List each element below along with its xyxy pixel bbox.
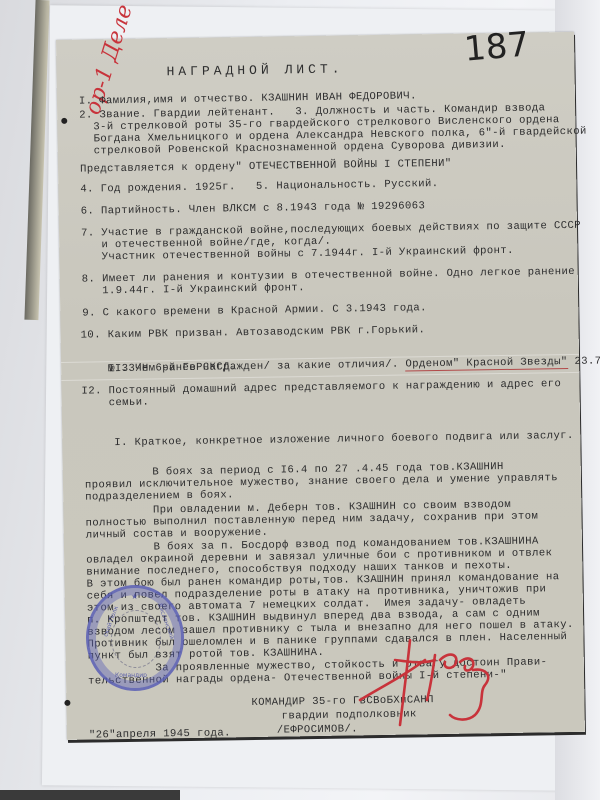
document-date: "26"апреля 1945 года. xyxy=(89,727,231,741)
field-birth-nationality: 4. Год рождения. 1925г. 5. Национальност… xyxy=(80,178,438,196)
field-address-line: семьи. xyxy=(82,397,150,410)
handwritten-signature xyxy=(355,630,505,730)
nominated-award: Представляется к ордену" ОТЕЧЕСТВЕННОЙ В… xyxy=(80,158,452,176)
punch-mark xyxy=(61,118,67,124)
official-stamp: ский Полк Висленский Командир ★ xyxy=(86,585,184,691)
narrative-line: подразделением в боях. xyxy=(85,489,234,503)
prior-award-name: Орденом" Красной Звезды" xyxy=(405,356,567,372)
field-wounds: 8. Имеет ли ранения и контузии в отечест… xyxy=(82,266,575,286)
document-title: НАГРАДНОЙ ЛИСТ. xyxy=(166,63,343,78)
archive-number: 187 xyxy=(463,24,531,69)
table-shadow xyxy=(0,790,180,800)
section-heading: I. Краткое, конкретное изложение личного… xyxy=(114,430,574,449)
punch-mark xyxy=(64,700,70,706)
star-icon: ★ xyxy=(131,592,138,601)
field-army-since: 9. С какого времени в Красной Армии. С 3… xyxy=(82,302,427,319)
commander-name: /ЕФРОСИМОВ/. xyxy=(277,723,358,736)
stamp-text-bottom: Командир xyxy=(115,672,147,679)
field-draft-office: 10. Каким РВК призван. Автозаводским РВК… xyxy=(81,324,426,341)
field-prior-awards-line: № 33/Н 6-й ГвРСКСД. xyxy=(81,361,237,375)
field-party: 6. Партийность. Член ВЛКСМ с 8.1943 года… xyxy=(81,200,426,217)
prior-award-date: 23.7.44г xyxy=(568,355,600,368)
stamp-emblem xyxy=(111,610,161,668)
field-wounds-line: 1.9.44г. I-й Украинский фронт. xyxy=(82,282,305,298)
back-document-edge xyxy=(24,0,49,320)
